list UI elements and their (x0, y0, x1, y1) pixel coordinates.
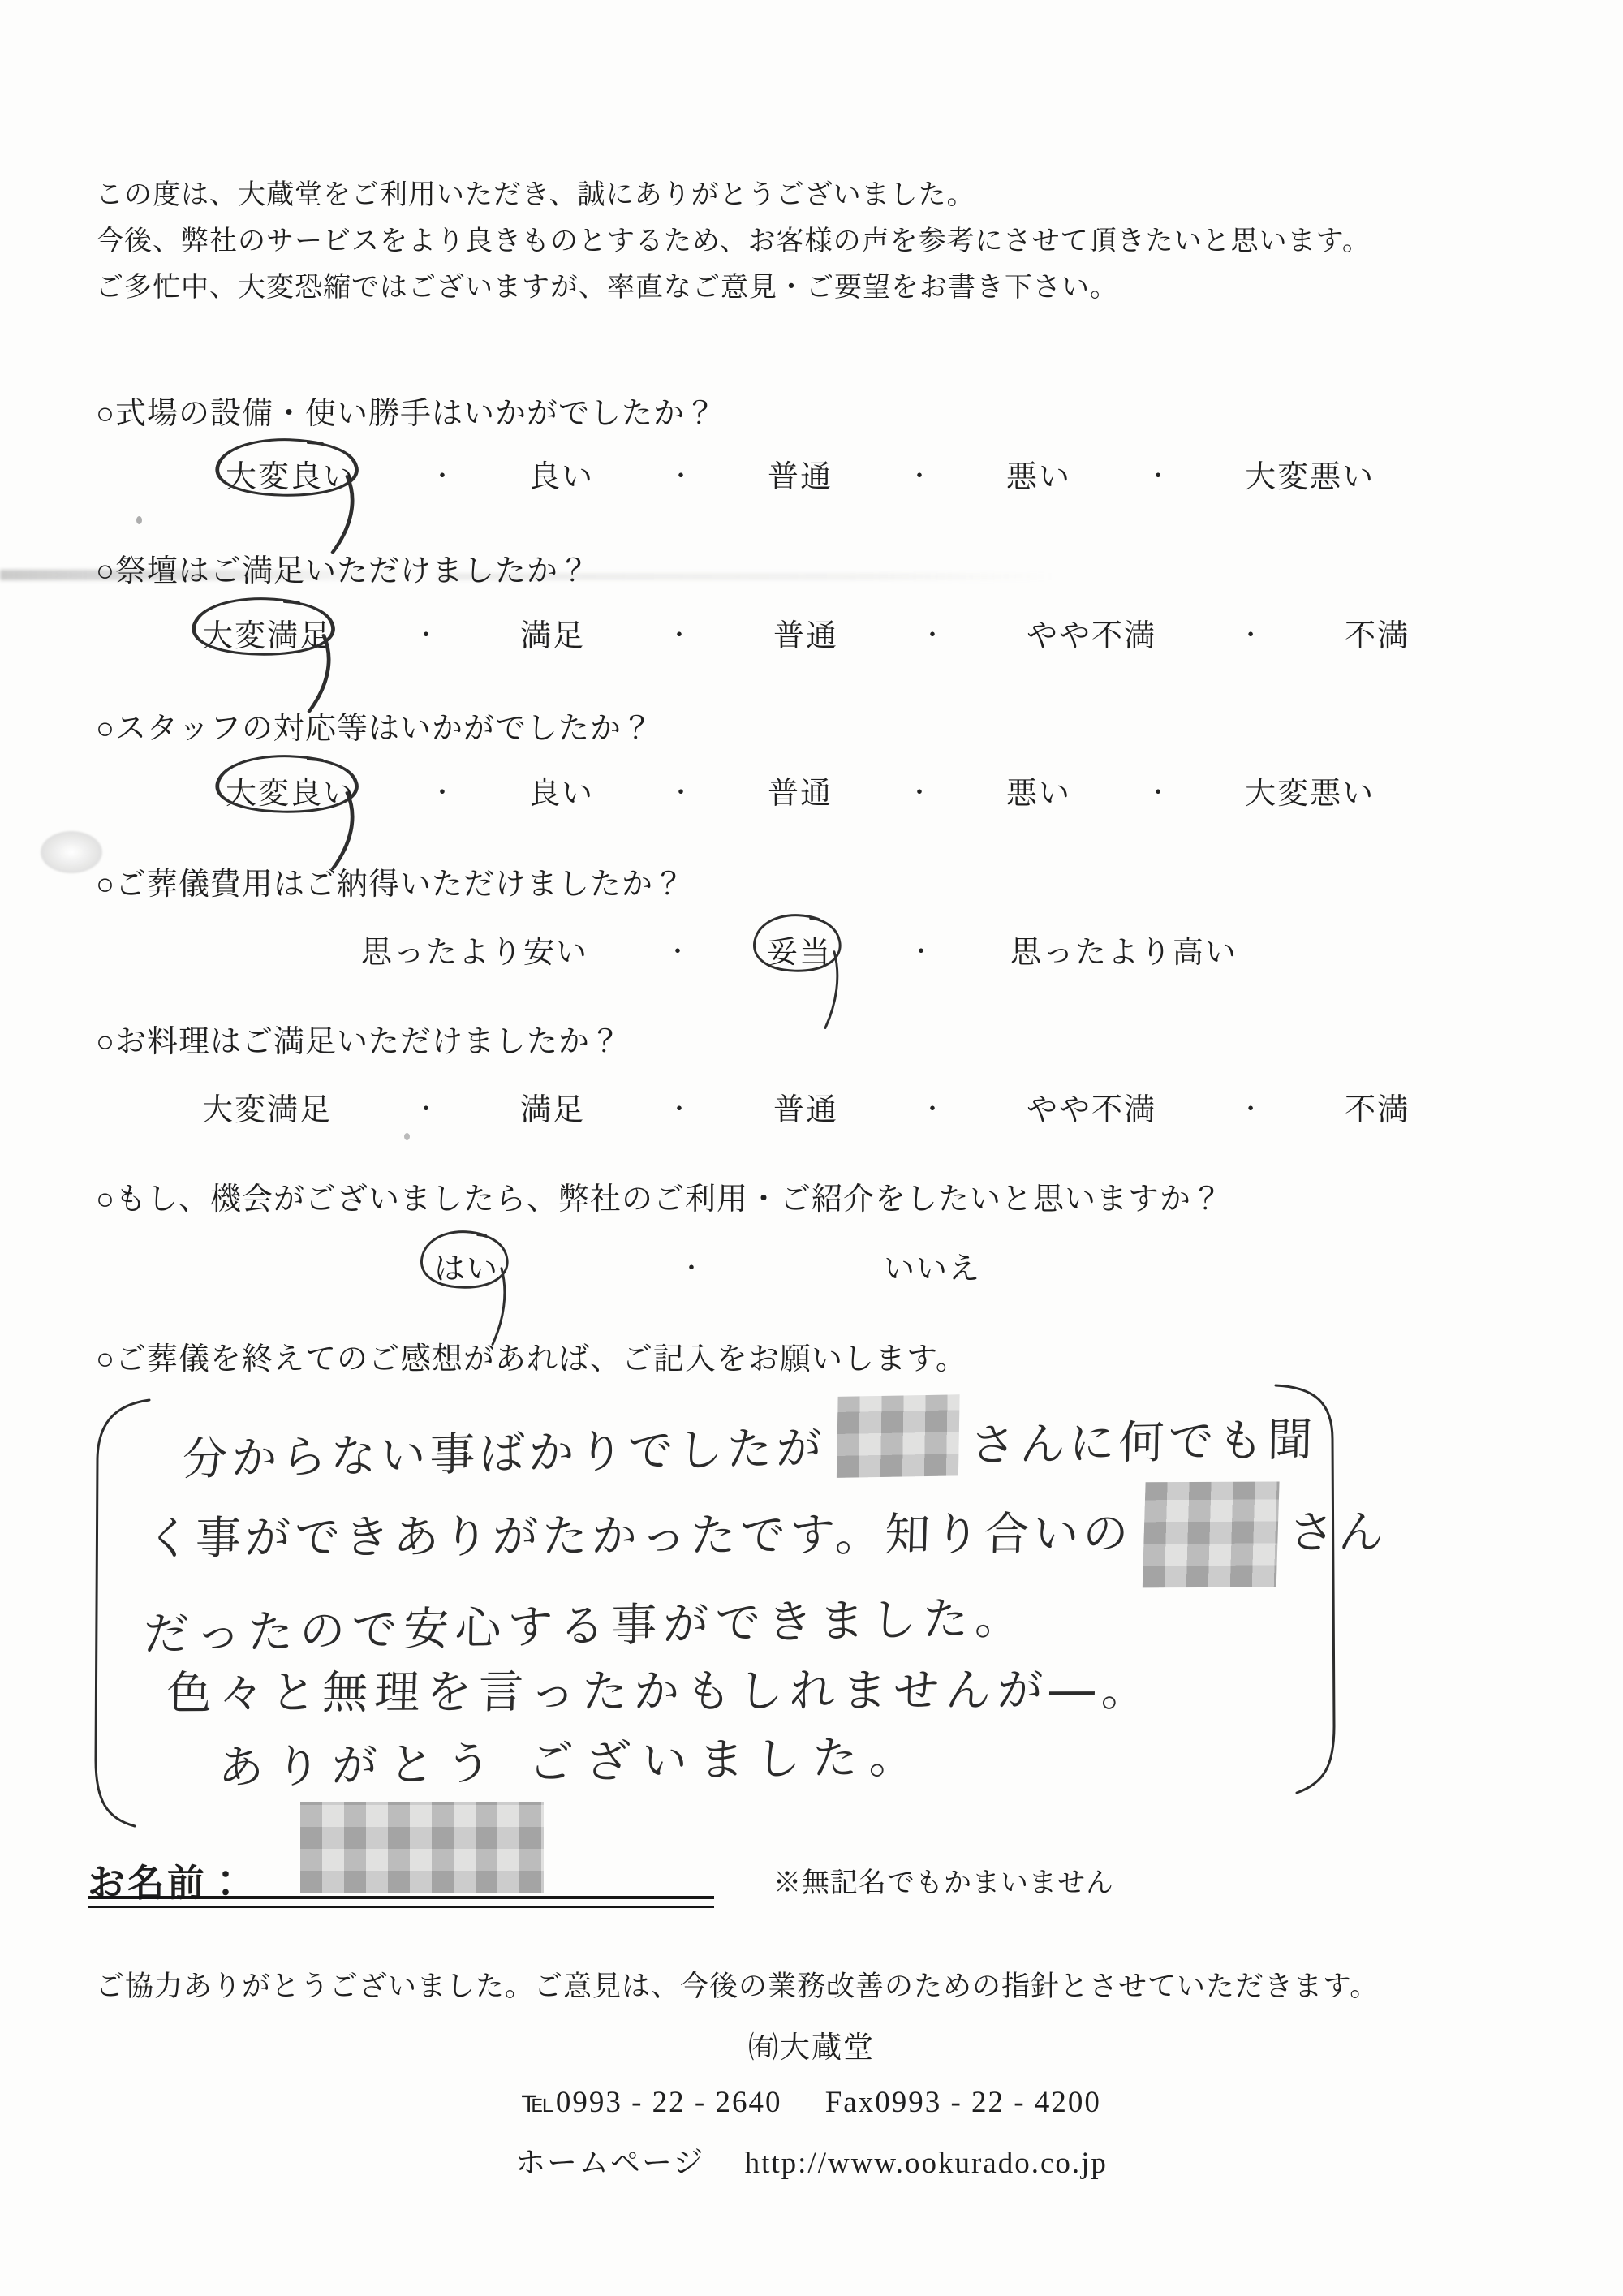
redaction-mosaic-name (300, 1802, 544, 1893)
scan-smudge (41, 831, 102, 873)
question-title-referral: ○もし、機会がございましたら、弊社のご利用・ご紹介をしたいと思いますか？ (96, 1174, 1223, 1218)
handwritten-line: ありがとう ございました。 (217, 1717, 1318, 1803)
scan-speck (136, 516, 142, 524)
question-title-comments: ○ご葬儀を終えてのご感想があれば、ご記入をお願いします。 (96, 1333, 967, 1378)
question-options-cost: 思ったより安い・妥当・思ったより高い (361, 927, 1238, 971)
option-label: 大変満足 (202, 610, 332, 655)
option-label: 大変悪い (1245, 768, 1375, 812)
question-options-referral: はい・いいえ (434, 1243, 981, 1288)
anonymous-note: ※無記名でもかまいません (773, 1860, 1114, 1900)
question-title-venue: ○式場の設備・使い勝手はいかがでしたか？ (96, 388, 717, 433)
handwritten-line: 分からない事ばかりでしたがさんに何でも聞 (182, 1388, 1326, 1494)
handwritten-text: さんに何でも聞 (970, 1414, 1317, 1472)
company-block: ㈲大蔵堂 ℡0993 - 22 - 2640 Fax0993 - 22 - 42… (0, 2022, 1623, 2182)
handwritten-text: さん (1288, 1506, 1388, 1560)
intro-text: この度は、大蔵堂をご利用いただき、誠にありがとうございました。 今後、弊社のサー… (96, 172, 1371, 311)
selection-circle-icon (183, 596, 351, 717)
option-label: やや不満 (1027, 1084, 1156, 1129)
option-separator: ・ (907, 773, 932, 808)
option-separator: ・ (1238, 615, 1263, 651)
handwritten-text: ありがとう ございました。 (217, 1730, 926, 1794)
scan-speck (404, 1133, 410, 1140)
option-separator: ・ (667, 615, 691, 651)
company-fax: Fax0993 - 22 - 4200 (825, 2086, 1101, 2119)
option-label: 満足 (520, 1084, 585, 1129)
handwritten-lines: 分からない事ばかりでしたがさんに何でも聞く事ができありがたかったです。知り合いの… (140, 1392, 1326, 1800)
option-separator: ・ (665, 932, 690, 967)
option-separator: ・ (669, 456, 693, 492)
question-options-staff: 大変良い・良い・普通・悪い・大変悪い (226, 768, 1375, 812)
option-separator: ・ (907, 456, 932, 492)
selection-circle-icon (747, 912, 851, 1034)
selection-circle-icon (206, 437, 375, 558)
option-separator: ・ (669, 773, 693, 808)
company-name: ㈲大蔵堂 (0, 2022, 1623, 2066)
option-label: 普通 (768, 768, 833, 812)
option-separator: ・ (1238, 1089, 1263, 1125)
handwritten-line: く事ができありがたかったです。知り合いのさん (144, 1481, 1324, 1593)
option-label: 大変良い (226, 768, 355, 812)
option-label: 普通 (768, 451, 833, 496)
company-homepage-line: ホームページ http://www.ookurado.co.jp (0, 2138, 1623, 2182)
option-label: 大変悪い (1245, 451, 1375, 496)
handwritten-text: だったので安心する事ができました。 (144, 1592, 1027, 1661)
option-label: 不満 (1345, 1084, 1410, 1129)
question-options-food: 大変満足・満足・普通・やや不満・不満 (202, 1084, 1410, 1129)
option-separator: ・ (909, 932, 933, 967)
intro-line: ご多忙中、大変恐縮ではございますが、率直なご意見・ご要望をお書き下さい。 (96, 265, 1371, 311)
handwritten-text: く事ができありがたかったです。知り合いの (145, 1507, 1133, 1565)
option-separator: ・ (920, 615, 945, 651)
name-row: お名前： ※無記名でもかまいません (88, 1815, 1386, 1936)
option-separator: ・ (667, 1089, 691, 1125)
option-label: はい (434, 1243, 499, 1288)
question-title-food: ○お料理はご満足いただけましたか？ (96, 1016, 622, 1061)
question-title-altar: ○祭壇はご満足いただけましたか？ (96, 545, 590, 590)
option-separator: ・ (679, 1248, 704, 1284)
intro-line: 今後、弊社のサービスをより良きものとするため、お客様の声を参考にさせて頂きたいと… (96, 218, 1371, 265)
option-label: いいえ (884, 1243, 981, 1288)
question-title-cost: ○ご葬儀費用はご納得いただけましたか？ (96, 859, 685, 903)
selection-circle-icon (415, 1229, 519, 1350)
name-underline (88, 1906, 714, 1908)
redaction-mosaic (1142, 1481, 1279, 1587)
name-label: お名前： (88, 1854, 247, 1907)
option-label: 大変良い (226, 451, 355, 496)
option-separator: ・ (414, 615, 438, 651)
survey-scan-page: この度は、大蔵堂をご利用いただき、誠にありがとうございました。 今後、弊社のサー… (0, 0, 1623, 2296)
option-label: 思ったより高い (1010, 927, 1238, 971)
option-label: やや不満 (1027, 610, 1156, 655)
option-label: 満足 (520, 610, 585, 655)
option-separator: ・ (1146, 773, 1170, 808)
question-options-altar: 大変満足・満足・普通・やや不満・不満 (202, 610, 1410, 655)
option-label: 不満 (1345, 610, 1410, 655)
intro-line: この度は、大蔵堂をご利用いただき、誠にありがとうございました。 (96, 172, 1371, 218)
closing-text: ご協力ありがとうございました。ご意見は、今後の業務改善のための指針とさせていただ… (96, 1964, 1379, 2005)
option-label: 悪い (1006, 768, 1071, 812)
option-label: 良い (529, 768, 594, 812)
option-separator: ・ (920, 1089, 945, 1125)
question-options-venue: 大変良い・良い・普通・悪い・大変悪い (226, 451, 1375, 496)
option-separator: ・ (1146, 456, 1170, 492)
handwritten-text: 色々と無理を言ったかもしれませんが―。 (166, 1664, 1154, 1720)
selection-circle-icon (206, 753, 375, 875)
homepage-url: http://www.ookurado.co.jp (745, 2147, 1108, 2180)
company-contact-line: ℡0993 - 22 - 2640 Fax0993 - 22 - 4200 (0, 2084, 1623, 2120)
redaction-mosaic (837, 1394, 960, 1478)
name-underline (88, 1896, 714, 1899)
handwritten-text: 分からない事ばかりでしたが (182, 1422, 826, 1486)
comment-area: 分からない事ばかりでしたがさんに何でも聞く事ができありがたかったです。知り合いの… (81, 1374, 1351, 1820)
option-label: 良い (529, 451, 594, 496)
option-label: 普通 (773, 1084, 838, 1129)
option-label: 思ったより安い (361, 927, 588, 971)
question-title-staff: ○スタッフの対応等はいかがでしたか？ (96, 703, 653, 747)
option-separator: ・ (430, 456, 454, 492)
option-separator: ・ (414, 1089, 438, 1125)
option-label: 妥当 (767, 927, 832, 971)
option-separator: ・ (430, 773, 454, 808)
option-label: 普通 (773, 610, 838, 655)
option-label: 悪い (1006, 451, 1071, 496)
company-tel: ℡0993 - 22 - 2640 (522, 2086, 781, 2119)
handwritten-line: 色々と無理を言ったかもしれませんが―。 (166, 1656, 1319, 1728)
homepage-label: ホームページ (515, 2147, 704, 2180)
option-label: 大変満足 (202, 1084, 332, 1129)
